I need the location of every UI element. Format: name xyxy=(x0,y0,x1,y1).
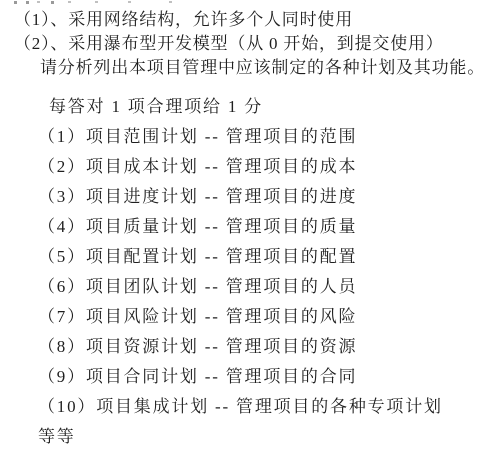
intro-section: （1）、采用网络结构，允许多个人同时使用 （2）、采用瀑布型开发模型（从 0 开… xyxy=(14,8,485,80)
plan-item-6: （6）项目团队计划 -- 管理项目的人员 xyxy=(38,272,443,302)
clipped-text-fragment xyxy=(14,0,434,5)
scoring-note: 每答对 1 项合理项给 1 分 xyxy=(49,92,443,122)
intro-line-1: （1）、采用网络结构，允许多个人同时使用 xyxy=(14,8,485,32)
plan-item-5: （5）项目配置计划 -- 管理项目的配置 xyxy=(38,242,443,272)
plan-item-7: （7）项目风险计划 -- 管理项目的风险 xyxy=(38,302,443,332)
plan-item-8: （8）项目资源计划 -- 管理项目的资源 xyxy=(38,332,443,362)
answer-section: 每答对 1 项合理项给 1 分 （1）项目范围计划 -- 管理项目的范围 （2）… xyxy=(38,92,443,452)
plan-item-9: （9）项目合同计划 -- 管理项目的合同 xyxy=(38,362,443,392)
document-page: （1）、采用网络结构，允许多个人同时使用 （2）、采用瀑布型开发模型（从 0 开… xyxy=(0,0,495,455)
plan-item-3: （3）项目进度计划 -- 管理项目的进度 xyxy=(38,182,443,212)
plan-item-2: （2）项目成本计划 -- 管理项目的成本 xyxy=(38,152,443,182)
closing-text: 等等 xyxy=(38,422,443,452)
intro-line-3: 请分析列出本项目管理中应该制定的各种计划及其功能。 xyxy=(40,56,485,80)
plan-item-1: （1）项目范围计划 -- 管理项目的范围 xyxy=(38,122,443,152)
intro-line-2: （2）、采用瀑布型开发模型（从 0 开始，到提交使用） xyxy=(14,32,485,56)
plan-item-10: （10）项目集成计划 -- 管理项目的各种专项计划 xyxy=(38,392,443,422)
plan-item-4: （4）项目质量计划 -- 管理项目的质量 xyxy=(38,212,443,242)
